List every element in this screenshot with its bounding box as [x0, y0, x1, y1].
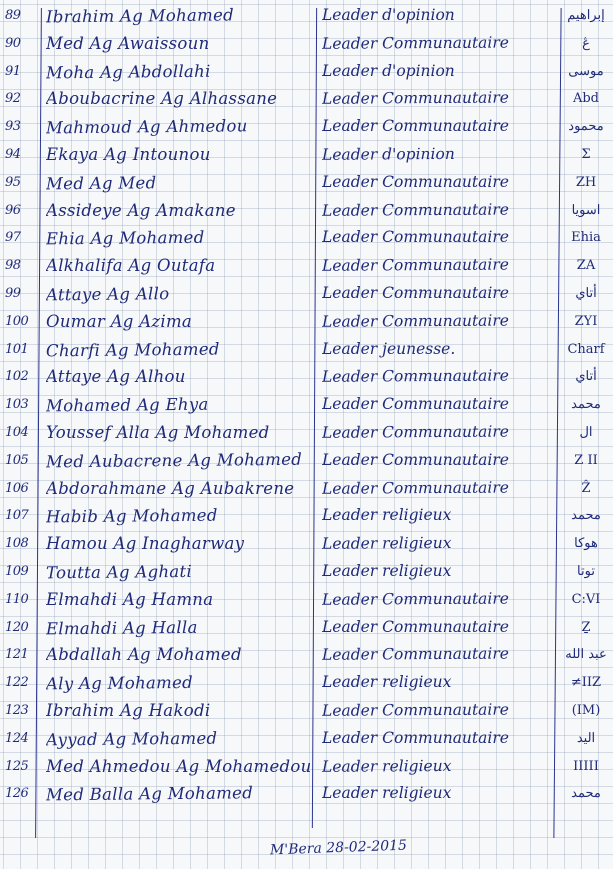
- signature-mark: هوكا: [562, 530, 610, 558]
- person-name: Ehia Ag Mohamed: [46, 223, 312, 254]
- signature-mark: أتاي: [562, 280, 610, 308]
- person-name: Aly Ag Mohamed: [46, 668, 312, 699]
- row-number: 91: [5, 58, 39, 86]
- row-number: 103: [5, 391, 39, 419]
- person-role: Leader d'opinion: [322, 2, 554, 30]
- person-role: Leader Communautaire: [322, 418, 554, 447]
- list-item: 97 Ehia Ag Mohamed Leader Communautaire …: [0, 224, 613, 252]
- person-role: Leader religieux: [322, 558, 554, 586]
- signature-mark: اسويا: [562, 197, 610, 225]
- row-number: 101: [5, 336, 39, 364]
- row-number: 120: [5, 614, 39, 642]
- person-name: Med Ahmedou Ag Mohamedoun: [46, 753, 312, 781]
- person-name: Aboubacrine Ag Alhassane: [46, 85, 312, 113]
- person-name: Med Aubacrene Ag Mohamed: [46, 445, 312, 476]
- person-role: Leader Communautaire: [322, 696, 554, 725]
- row-number: 122: [5, 669, 39, 697]
- row-number: 109: [5, 558, 39, 586]
- signature-mark: توتا: [562, 558, 610, 586]
- person-name: Attaye Ag Allo: [46, 279, 312, 310]
- signature-mark: Abd: [562, 85, 610, 113]
- person-role: Leader religieux: [322, 752, 554, 781]
- person-role: Leader Communautaire: [322, 447, 554, 475]
- signature-mark: عبد الله: [562, 641, 610, 669]
- list-item: 93 Mahmoud Ag Ahmedou Leader Communautai…: [0, 113, 613, 141]
- person-name: Med Ag Med: [46, 167, 312, 198]
- person-role: Leader Communautaire: [322, 280, 554, 308]
- signature-mark: Ẑ: [562, 475, 610, 503]
- row-number: 97: [5, 224, 39, 252]
- row-number: 124: [5, 725, 39, 753]
- row-number: 104: [5, 419, 39, 447]
- person-name: Med Balla Ag Mohamed: [46, 779, 312, 810]
- person-role: Leader Communautaire: [322, 113, 554, 141]
- list-item: 123 Ibrahim Ag Hakodi Leader Communautai…: [0, 697, 613, 725]
- list-item: 92 Aboubacrine Ag Alhassane Leader Commu…: [0, 85, 613, 113]
- list-item: 106 Abdorahmane Ag Aubakrene Leader Comm…: [0, 475, 613, 503]
- person-role: Leader religieux: [322, 669, 554, 697]
- row-number: 102: [5, 363, 39, 391]
- row-number: 92: [5, 85, 39, 113]
- person-role: Leader Communautaire: [322, 85, 554, 114]
- person-role: Leader Communautaire: [322, 251, 554, 280]
- list-item: 96 Assideye Ag Amakane Leader Communauta…: [0, 197, 613, 225]
- row-number: 110: [5, 586, 39, 614]
- person-name: Abdorahmane Ag Aubakrene: [46, 475, 312, 503]
- row-number: 106: [5, 475, 39, 503]
- entries-list: 89 Ibrahim Ag Mohamed Leader d'opinion إ…: [0, 2, 613, 808]
- person-name: Med Ag Awaissoun: [46, 30, 312, 58]
- person-name: Alkhalifa Ag Outafa: [46, 252, 312, 280]
- list-item: 95 Med Ag Med Leader Communautaire ZH: [0, 169, 613, 197]
- person-role: Leader Communautaire: [322, 725, 554, 753]
- person-role: Leader d'opinion: [322, 140, 554, 169]
- list-item: 101 Charfi Ag Mohamed Leader jeunesse. C…: [0, 336, 613, 364]
- person-name: Elmahdi Ag Halla: [46, 612, 312, 643]
- person-role: Leader Communautaire: [322, 391, 554, 419]
- list-item: 125 Med Ahmedou Ag Mohamedoun Leader rel…: [0, 753, 613, 781]
- list-item: 103 Mohamed Ag Ehya Leader Communautaire…: [0, 391, 613, 419]
- list-item: 122 Aly Ag Mohamed Leader religieux ≠IIZ: [0, 669, 613, 697]
- row-number: 96: [5, 197, 39, 225]
- signature-mark: Charf: [562, 336, 610, 364]
- signature-mark: موسى: [562, 58, 610, 86]
- signature-mark: Σ: [562, 141, 610, 169]
- list-item: 91 Moha Ag Abdollahi Leader d'opinion مو…: [0, 58, 613, 86]
- signature-mark: ZA: [562, 252, 610, 280]
- person-name: Abdallah Ag Mohamed: [46, 641, 312, 669]
- row-number: 98: [5, 252, 39, 280]
- signature-mark: ڠ: [562, 30, 610, 58]
- place-date-footer: M'Bera 28-02-2015: [270, 838, 407, 859]
- list-item: 124 Ayyad Ag Mohamed Leader Communautair…: [0, 725, 613, 753]
- row-number: 100: [5, 308, 39, 336]
- list-item: 89 Ibrahim Ag Mohamed Leader d'opinion إ…: [0, 2, 613, 30]
- list-item: 110 Elmahdi Ag Hamna Leader Communautair…: [0, 586, 613, 614]
- signature-mark: C:VI: [562, 586, 610, 614]
- person-role: Leader Communautaire: [322, 641, 554, 670]
- row-number: 94: [5, 141, 39, 169]
- person-role: Leader religieux: [322, 780, 554, 808]
- person-name: Moha Ag Abdollahi: [46, 56, 312, 87]
- signature-mark: ≠IIZ: [562, 669, 610, 697]
- person-name: Charfi Ag Mohamed: [46, 334, 312, 365]
- signature-mark: Ẕ: [562, 614, 610, 642]
- person-role: Leader jeunesse.: [322, 336, 554, 364]
- signature-mark: IIIII: [562, 753, 610, 781]
- row-number: 125: [5, 753, 39, 781]
- person-role: Leader d'opinion: [322, 58, 554, 86]
- signature-mark: إبراهيم: [562, 2, 610, 30]
- list-item: 107 Habib Ag Mohamed Leader religieux مح…: [0, 502, 613, 530]
- person-name: Oumar Ag Azima: [46, 308, 312, 336]
- row-number: 95: [5, 169, 39, 197]
- row-number: 107: [5, 502, 39, 530]
- row-number: 121: [5, 641, 39, 669]
- row-number: 90: [5, 30, 39, 58]
- person-role: Leader Communautaire: [322, 474, 554, 503]
- list-item: 121 Abdallah Ag Mohamed Leader Communaut…: [0, 641, 613, 669]
- list-item: 94 Ekaya Ag Intounou Leader d'opinion Σ: [0, 141, 613, 169]
- person-name: Ibrahim Ag Mohamed: [46, 1, 312, 32]
- signature-mark: محمد: [562, 780, 610, 808]
- signature-mark: محمود: [562, 113, 610, 141]
- person-role: Leader Communautaire: [322, 169, 554, 197]
- person-name: Attaye Ag Alhou: [46, 363, 312, 391]
- person-role: Leader Communautaire: [322, 307, 554, 336]
- person-name: Mahmoud Ag Ahmedou: [46, 112, 312, 143]
- person-name: Elmahdi Ag Hamna: [46, 586, 312, 614]
- list-item: 105 Med Aubacrene Ag Mohamed Leader Comm…: [0, 447, 613, 475]
- row-number: 105: [5, 447, 39, 475]
- person-name: Ibrahim Ag Hakodi: [46, 697, 312, 725]
- person-name: Mohamed Ag Ehya: [46, 390, 312, 421]
- signature-mark: محمد: [562, 391, 610, 419]
- row-number: 108: [5, 530, 39, 558]
- signature-mark: أتاي: [562, 363, 610, 391]
- list-item: 126 Med Balla Ag Mohamed Leader religieu…: [0, 780, 613, 808]
- person-role: Leader Communautaire: [322, 29, 554, 58]
- list-item: 108 Hamou Ag Inagharway Leader religieux…: [0, 530, 613, 558]
- row-number: 89: [5, 2, 39, 30]
- list-item: 100 Oumar Ag Azima Leader Communautaire …: [0, 308, 613, 336]
- list-item: 99 Attaye Ag Allo Leader Communautaire أ…: [0, 280, 613, 308]
- signature-mark: ZYI: [562, 308, 610, 336]
- list-item: 102 Attaye Ag Alhou Leader Communautaire…: [0, 363, 613, 391]
- list-item: 90 Med Ag Awaissoun Leader Communautaire…: [0, 30, 613, 58]
- list-item: 98 Alkhalifa Ag Outafa Leader Communauta…: [0, 252, 613, 280]
- list-item: 120 Elmahdi Ag Halla Leader Communautair…: [0, 614, 613, 642]
- person-role: Leader religieux: [322, 529, 554, 558]
- signature-mark: محمد: [562, 502, 610, 530]
- row-number: 99: [5, 280, 39, 308]
- person-name: Hamou Ag Inagharway: [46, 530, 312, 558]
- person-name: Assideye Ag Amakane: [46, 197, 312, 225]
- list-item: 109 Toutta Ag Aghati Leader religieux تو…: [0, 558, 613, 586]
- signature-mark: اليد: [562, 725, 610, 753]
- person-name: Ayyad Ag Mohamed: [46, 723, 312, 754]
- handwritten-page: 89 Ibrahim Ag Mohamed Leader d'opinion إ…: [0, 0, 613, 869]
- signature-mark: Z II: [562, 447, 610, 475]
- person-name: Habib Ag Mohamed: [46, 501, 312, 532]
- person-role: Leader Communautaire: [322, 363, 554, 392]
- person-name: Ekaya Ag Intounou: [46, 141, 312, 169]
- row-number: 126: [5, 780, 39, 808]
- person-role: Leader religieux: [322, 502, 554, 530]
- signature-mark: Ehia: [562, 224, 610, 252]
- signature-mark: ال: [562, 419, 610, 447]
- person-role: Leader Communautaire: [322, 196, 554, 225]
- person-role: Leader Communautaire: [322, 614, 554, 642]
- row-number: 93: [5, 113, 39, 141]
- signature-mark: (IM): [562, 697, 610, 725]
- person-name: Toutta Ag Aghati: [46, 557, 312, 588]
- signature-mark: ZH: [562, 169, 610, 197]
- person-role: Leader Communautaire: [322, 585, 554, 614]
- row-number: 123: [5, 697, 39, 725]
- list-item: 104 Youssef Alla Ag Mohamed Leader Commu…: [0, 419, 613, 447]
- person-role: Leader Communautaire: [322, 224, 554, 252]
- person-name: Youssef Alla Ag Mohamed: [46, 419, 312, 447]
